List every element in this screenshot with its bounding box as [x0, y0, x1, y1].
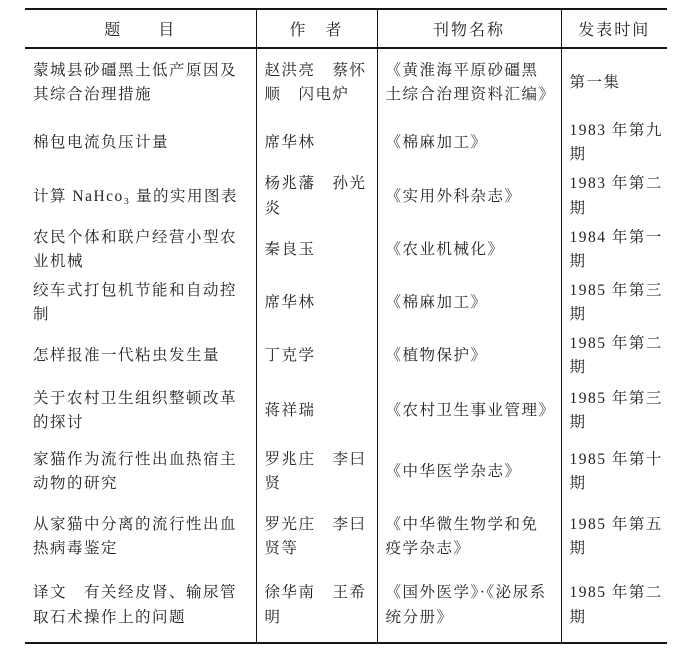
table-row: 计算 NaHco₃ 量的实用图表 杨兆藩 孙光炎 《实用外科杂志》 1983 年…	[25, 170, 667, 224]
table-header-row: 题 目 作 者 刊物名称 发表时间	[25, 9, 667, 48]
cell-published: 1985 年第十期	[561, 440, 667, 505]
cell-published: 1985 年第三期	[561, 383, 667, 440]
cell-journal: 《黄淮海平原砂礓黑土综合治理资料汇编》	[377, 48, 561, 117]
table-row: 蒙城县砂礓黑土低产原因及其综合治理措施 赵洪亮 蔡怀顺 闪电炉 《黄淮海平原砂礓…	[25, 48, 667, 117]
cell-title: 计算 NaHco₃ 量的实用图表	[25, 170, 256, 224]
cell-authors: 徐华南 王希明	[256, 570, 377, 643]
cell-title: 家猫作为流行性出血热宿主动物的研究	[25, 440, 256, 505]
cell-journal: 《中华微生物学和免疫学杂志》	[377, 505, 561, 570]
table-row: 关于农村卫生组织整顿改革的探讨 蒋祥瑞 《农村卫生事业管理》 1985 年第三期	[25, 383, 667, 440]
cell-published: 1983 年第二期	[561, 170, 667, 224]
cell-authors: 席华林	[256, 277, 377, 330]
cell-title: 绞车式打包机节能和自动控制	[25, 277, 256, 330]
cell-title: 农民个体和联户经营小型农业机械	[25, 224, 256, 277]
cell-title: 棉包电流负压计量	[25, 117, 256, 170]
table-row: 从家猫中分离的流行性出血热病毒鉴定 罗光庄 李曰贤等 《中华微生物学和免疫学杂志…	[25, 505, 667, 570]
cell-journal: 《植物保护》	[377, 330, 561, 383]
cell-authors: 杨兆藩 孙光炎	[256, 170, 377, 224]
cell-journal: 《国外医学》·《泌尿系统分册》	[377, 570, 561, 643]
column-header-published: 发表时间	[561, 9, 667, 48]
cell-authors: 丁克学	[256, 330, 377, 383]
cell-authors: 蒋祥瑞	[256, 383, 377, 440]
bibliography-table: 题 目 作 者 刊物名称 发表时间 蒙城县砂礓黑土低产原因及其综合治理措施 赵洪…	[25, 8, 667, 644]
cell-authors: 罗兆庄 李曰贤	[256, 440, 377, 505]
cell-published: 第一集	[561, 48, 667, 117]
cell-journal: 《农村卫生事业管理》	[377, 383, 561, 440]
cell-authors: 席华林	[256, 117, 377, 170]
table-row: 家猫作为流行性出血热宿主动物的研究 罗兆庄 李曰贤 《中华医学杂志》 1985 …	[25, 440, 667, 505]
cell-title: 译文 有关经皮肾、输尿管取石术操作上的问题	[25, 570, 256, 643]
table-row: 农民个体和联户经营小型农业机械 秦良玉 《农业机械化》 1984 年第一期	[25, 224, 667, 277]
cell-authors: 秦良玉	[256, 224, 377, 277]
table-row: 译文 有关经皮肾、输尿管取石术操作上的问题 徐华南 王希明 《国外医学》·《泌尿…	[25, 570, 667, 643]
column-header-journal: 刊物名称	[377, 9, 561, 48]
table-row: 怎样报准一代粘虫发生量 丁克学 《植物保护》 1985 年第二期	[25, 330, 667, 383]
column-header-title: 题 目	[25, 9, 256, 48]
cell-title: 蒙城县砂礓黑土低产原因及其综合治理措施	[25, 48, 256, 117]
cell-title: 从家猫中分离的流行性出血热病毒鉴定	[25, 505, 256, 570]
cell-journal: 《中华医学杂志》	[377, 440, 561, 505]
cell-published: 1985 年第二期	[561, 570, 667, 643]
column-header-authors: 作 者	[256, 9, 377, 48]
cell-title: 怎样报准一代粘虫发生量	[25, 330, 256, 383]
scanned-bibliography-page: 题 目 作 者 刊物名称 发表时间 蒙城县砂礓黑土低产原因及其综合治理措施 赵洪…	[25, 8, 667, 644]
cell-authors: 赵洪亮 蔡怀顺 闪电炉	[256, 48, 377, 117]
cell-journal: 《农业机械化》	[377, 224, 561, 277]
cell-published: 1985 年第二期	[561, 330, 667, 383]
cell-journal: 《棉麻加工》	[377, 117, 561, 170]
cell-journal: 《实用外科杂志》	[377, 170, 561, 224]
cell-published: 1983 年第九期	[561, 117, 667, 170]
cell-published: 1984 年第一期	[561, 224, 667, 277]
cell-authors: 罗光庄 李曰贤等	[256, 505, 377, 570]
cell-title: 关于农村卫生组织整顿改革的探讨	[25, 383, 256, 440]
table-row: 棉包电流负压计量 席华林 《棉麻加工》 1983 年第九期	[25, 117, 667, 170]
table-row: 绞车式打包机节能和自动控制 席华林 《棉麻加工》 1985 年第三期	[25, 277, 667, 330]
cell-journal: 《棉麻加工》	[377, 277, 561, 330]
cell-published: 1985 年第三期	[561, 277, 667, 330]
cell-published: 1985 年第五期	[561, 505, 667, 570]
